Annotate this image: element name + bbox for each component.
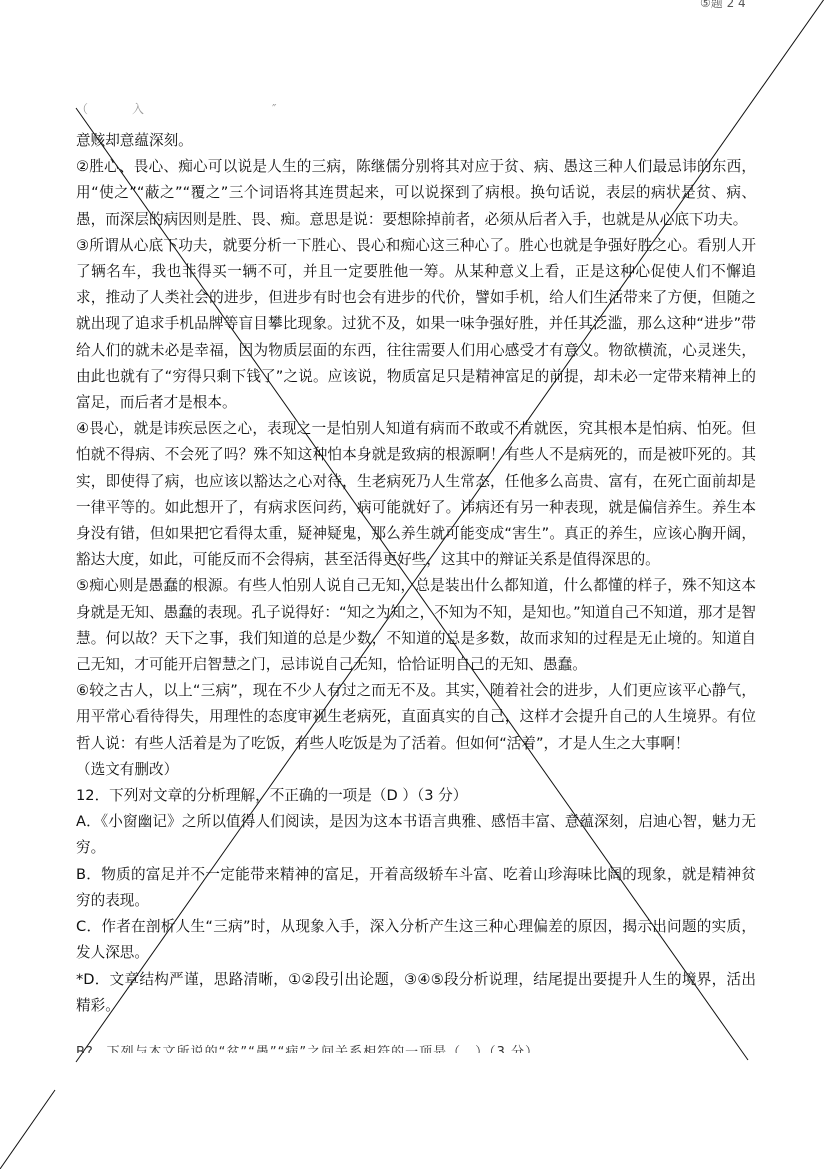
paragraph-4: ④畏心，就是讳疾忌医之心，表现之一是怕别人知道有病而不敢或不肯就医，究其根本是怕…: [76, 416, 756, 573]
paragraph-2: ②胜心、畏心、痴心可以说是人生的三病，陈继儒分别将其对应于贫、病、愚这三种人们最…: [76, 154, 756, 233]
page-header-corner: ⑤题 2 4: [700, 0, 746, 11]
paragraph-3: ③所谓从心底下功夫，就要分析一下胜心、畏心和痴心这三种心了。胜心也就是争强好胜之…: [76, 233, 756, 416]
source-note: （选文有删改）: [76, 757, 756, 783]
option-c: C．作者在剖析人生“三病”时，从现象入手，深入分析产生这三种心理偏差的原因，揭示…: [76, 914, 756, 966]
option-d: *D．文章结构严谨，思路清晰，①②段引出论题，③④⑤段分析说理，结尾提出要提升人…: [76, 967, 756, 1019]
paragraph-5: ⑤痴心则是愚蠢的根源。有些人怕别人说自己无知，总是装出什么都知道，什么都懂的样子…: [76, 573, 756, 678]
option-a: A．《小窗幽记》之所以值得人们阅读，是因为这本书语言典雅、感悟丰富、意蕴深刻，启…: [76, 809, 756, 861]
faint-cutoff-line: （ 入 ″: [76, 100, 320, 117]
question-12: 12．下列对文章的分析理解，不正确的一项是（D ）（3 分） A．《小窗幽记》之…: [76, 783, 756, 1019]
question-title: 12．下列对文章的分析理解，不正确的一项是（D ）（3 分）: [76, 783, 756, 809]
cutoff-question-line: B?„ 下列与本文所说的“贫”“愚”“病”之间关系相符的一项是（ ）（3 分）: [76, 1041, 539, 1053]
paragraph-fragment: 意赅却意蕴深刻。: [76, 128, 756, 154]
option-b: B．物质的富足并不一定能带来精神的富足，开着高级轿车斗富、吃着山珍海味比阔的现象…: [76, 862, 756, 914]
paragraph-6: ⑥较之古人，以上“三病”，现在不少人有过之而无不及。其实，随着社会的进步，人们更…: [76, 678, 756, 757]
document-body: 意赅却意蕴深刻。 ②胜心、畏心、痴心可以说是人生的三病，陈继儒分别将其对应于贫、…: [76, 128, 756, 1019]
